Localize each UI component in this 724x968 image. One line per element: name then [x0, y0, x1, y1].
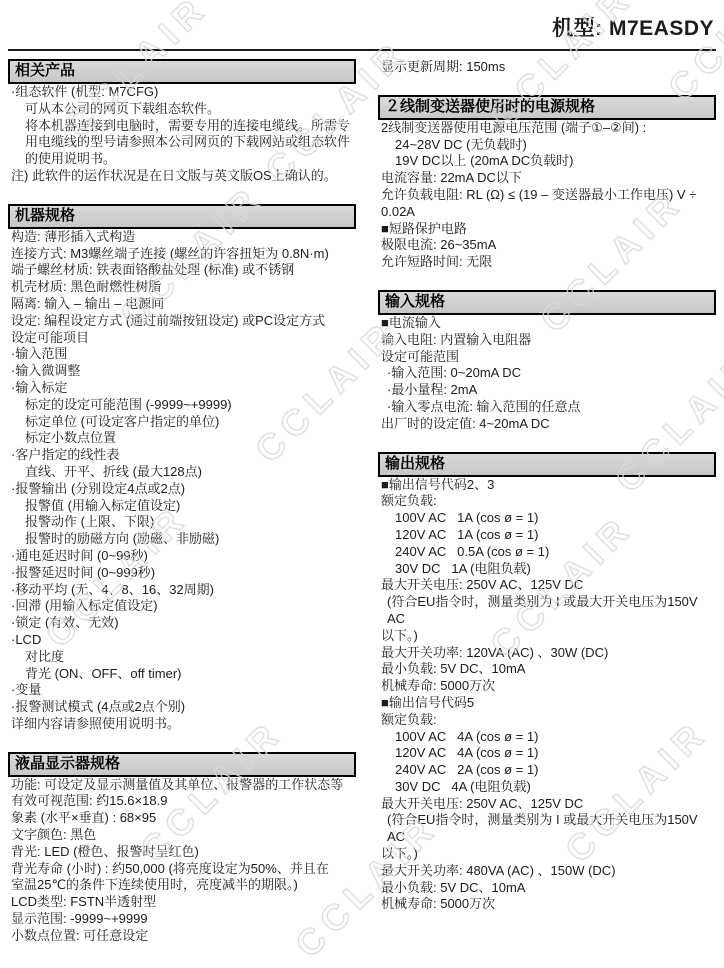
spec-line: ·回滞 (用输入标定值设定) [8, 598, 356, 615]
spec-line: 100V AC 1A (cos ø = 1) [378, 510, 716, 527]
spec-line: ·移动平均 (无、4、8、16、32周期) [8, 582, 356, 599]
spec-line: 用电缆线的型号请参照本公司网页的下载网站或组态软件 [8, 134, 356, 151]
spec-line: ·输入微调整 [8, 363, 356, 380]
spec-line: 报警值 (用输入标定值设定) [8, 498, 356, 515]
spec-line: ■输出信号代码5 [378, 695, 716, 712]
spec-line: (符合EU指令时，测量类别为 I 或最大开关电压为150V AC [378, 812, 716, 846]
spec-line: 最大开关功率: 120VA (AC) 、30W (DC) [378, 645, 716, 662]
spec-line: 小数点位置: 可任意设定 [8, 928, 356, 945]
spec-line: 连接方式: M3螺丝端子连接 (螺丝的许容扭矩为 0.8N·m) [8, 246, 356, 263]
spec-line: ·通电延迟时间 (0~99秒) [8, 548, 356, 565]
spec-line: ·输入标定 [8, 380, 356, 397]
left-column: 相关产品·组态软件 (机型: M7CFG)可从本公司的网页下载组态软件。将本机器… [8, 59, 356, 945]
spec-line: ■短路保护电路 [378, 221, 716, 238]
spec-line: 0.02A [378, 204, 716, 221]
spec-line: LCD类型: FSTN半透射型 [8, 894, 356, 911]
spec-line: 将本机器连接到电脑时，需要专用的连接电缆线。所需专 [8, 118, 356, 135]
spec-line: ·报警延迟时间 (0~999秒) [8, 565, 356, 582]
spec-line: 机械寿命: 5000万次 [378, 678, 716, 695]
spec-line: ■电流输入 [378, 315, 716, 332]
spec-line: 以下。) [378, 628, 716, 645]
spec-line: 象素 (水平×垂直) : 68×95 [8, 810, 356, 827]
columns: 相关产品·组态软件 (机型: M7CFG)可从本公司的网页下载组态软件。将本机器… [0, 51, 724, 945]
spec-line: 设定: 编程设定方式 (通过前端按钮设定) 或PC设定方式 [8, 313, 356, 330]
spec-line: 可从本公司的网页下载组态软件。 [8, 101, 356, 118]
spec-section: 相关产品·组态软件 (机型: M7CFG)可从本公司的网页下载组态软件。将本机器… [8, 59, 356, 185]
spec-line: ·组态软件 (机型: M7CFG) [8, 84, 356, 101]
spec-line: 显示范围: -9999~+9999 [8, 911, 356, 928]
spec-line: ·LCD [8, 632, 356, 649]
spec-line: ·输入范围 [8, 346, 356, 363]
spec-section: ２线制变送器使用时的电源规格2线制变送器使用电源电压范围 (端子①–②间) :2… [378, 95, 716, 271]
spec-line: 功能: 可设定及显示测量值及其单位、报警器的工作状态等 [8, 777, 356, 794]
datasheet-page: CCLAIRCCLAIRCCLAIRCCLAIRCCLAIRCCLAIRCCLA… [0, 0, 724, 968]
spec-line: ·锁定 (有效、无效) [8, 615, 356, 632]
spec-line: 设定可能项目 [8, 330, 356, 347]
spec-line: 240V AC 2A (cos ø = 1) [378, 762, 716, 779]
spec-line: 额定负载: [378, 712, 716, 729]
right-column: 显示更新周期: 150ms２线制变送器使用时的电源规格2线制变送器使用电源电压范… [378, 59, 716, 913]
spec-line: 120V AC 4A (cos ø = 1) [378, 745, 716, 762]
spec-line: 24~28V DC (无负载时) [378, 137, 716, 154]
spec-line: ·输入范围: 0~20mA DC [378, 365, 716, 382]
spec-line: 标定的设定可能范围 (-9999~+9999) [8, 397, 356, 414]
document-header: 机型: M7EASDY [0, 0, 724, 42]
spec-line: 显示更新周期: 150ms [378, 59, 716, 76]
spec-line: 的使用说明书。 [8, 151, 356, 168]
spec-line: (符合EU指令时，测量类别为 I 或最大开关电压为150V AC [378, 594, 716, 628]
spec-section: 机器规格构造: 薄形插入式构造连接方式: M3螺丝端子连接 (螺丝的许容扭矩为 … [8, 204, 356, 733]
spec-line: ·报警测试模式 (4点或2点个别) [8, 699, 356, 716]
spec-line: 30V DC 1A (电阻负载) [378, 561, 716, 578]
spec-section: 输出规格■输出信号代码2、3额定负载:100V AC 1A (cos ø = 1… [378, 452, 716, 914]
spec-line: 最大开关电压: 250V AC、125V DC [378, 577, 716, 594]
spec-line: 背光寿命 (小时) : 约50,000 (将亮度设定为50%、并且在 [8, 861, 356, 878]
spec-line: 机械寿命: 5000万次 [378, 896, 716, 913]
spec-line: 背光 (ON、OFF、off timer) [8, 666, 356, 683]
spec-line: 对比度 [8, 649, 356, 666]
spec-line: 有效可视范围: 约15.6×18.9 [8, 793, 356, 810]
spec-line: 允许短路时间: 无限 [378, 254, 716, 271]
spec-line: ·报警输出 (分别设定4点或2点) [8, 481, 356, 498]
spec-line: 最大开关功率: 480VA (AC) 、150W (DC) [378, 863, 716, 880]
spec-section: 输入规格■电流输入输入电阻: 内置输入电阻器设定可能范围·输入范围: 0~20m… [378, 290, 716, 433]
spec-line: ·变量 [8, 682, 356, 699]
spec-line: 额定负载: [378, 493, 716, 510]
section-header: 液晶显示器规格 [8, 752, 356, 777]
section-header: 机器规格 [8, 204, 356, 229]
spec-line: 240V AC 0.5A (cos ø = 1) [378, 544, 716, 561]
spec-line: 极限电流: 26~35mA [378, 237, 716, 254]
document-content: 机型: M7EASDY 相关产品·组态软件 (机型: M7CFG)可从本公司的网… [0, 0, 724, 945]
section-header: ２线制变送器使用时的电源规格 [378, 95, 716, 120]
spec-line: 19V DC以上 (20mA DC负载时) [378, 153, 716, 170]
spec-line: 机壳材质: 黑色耐燃性树脂 [8, 279, 356, 296]
spec-line: 最小负载: 5V DC、10mA [378, 880, 716, 897]
spec-line: 最大开关电压: 250V AC、125V DC [378, 796, 716, 813]
section-header: 输入规格 [378, 290, 716, 315]
section-header: 输出规格 [378, 452, 716, 477]
spec-line: ·输入零点电流: 输入范围的任意点 [378, 399, 716, 416]
spec-line: 背光: LED (橙色、报警时呈红色) [8, 844, 356, 861]
spec-line: 报警动作 (上限、下限) [8, 514, 356, 531]
spec-line: ·最小量程: 2mA [378, 382, 716, 399]
spec-line: ■输出信号代码2、3 [378, 477, 716, 494]
spec-line: 隔离: 输入 – 输出 – 电源间 [8, 296, 356, 313]
spec-line: 2线制变送器使用电源电压范围 (端子①–②间) : [378, 120, 716, 137]
spec-line: 设定可能范围 [378, 349, 716, 366]
section-header: 相关产品 [8, 59, 356, 84]
spec-line: 端子螺丝材质: 铁表面铬酸盐处理 (标准) 或不锈钢 [8, 262, 356, 279]
intro-section: 显示更新周期: 150ms [378, 59, 716, 76]
page-title: 机型: M7EASDY [552, 17, 714, 40]
spec-line: 以下。) [378, 846, 716, 863]
spec-line: 详细内容请参照使用说明书。 [8, 716, 356, 733]
spec-line: 电流容量: 22mA DC以下 [378, 170, 716, 187]
spec-line: ·客户指定的线性表 [8, 447, 356, 464]
spec-line: 120V AC 1A (cos ø = 1) [378, 527, 716, 544]
spec-line: 30V DC 4A (电阻负载) [378, 779, 716, 796]
spec-line: 允许负载电阻: RL (Ω) ≤ (19 – 变送器最小工作电压) V ÷ [378, 187, 716, 204]
spec-line: 注) 此软件的运作状况是在日文版与英文版OS上确认的。 [8, 168, 356, 185]
spec-section: 液晶显示器规格功能: 可设定及显示测量值及其单位、报警器的工作状态等有效可视范围… [8, 752, 356, 945]
spec-line: 构造: 薄形插入式构造 [8, 229, 356, 246]
spec-line: 标定小数点位置 [8, 430, 356, 447]
spec-line: 直线、开平、折线 (最大128点) [8, 464, 356, 481]
spec-line: 最小负载: 5V DC、10mA [378, 661, 716, 678]
spec-line: 输入电阻: 内置输入电阻器 [378, 332, 716, 349]
spec-line: 室温25℃的条件下连续使用时，亮度减半的期限。) [8, 877, 356, 894]
spec-line: 文字颜色: 黑色 [8, 827, 356, 844]
spec-line: 标定单位 (可设定客户指定的单位) [8, 414, 356, 431]
spec-line: 报警时的励磁方向 (励磁、非励磁) [8, 531, 356, 548]
spec-line: 出厂时的设定值: 4~20mA DC [378, 416, 716, 433]
spec-line: 100V AC 4A (cos ø = 1) [378, 729, 716, 746]
